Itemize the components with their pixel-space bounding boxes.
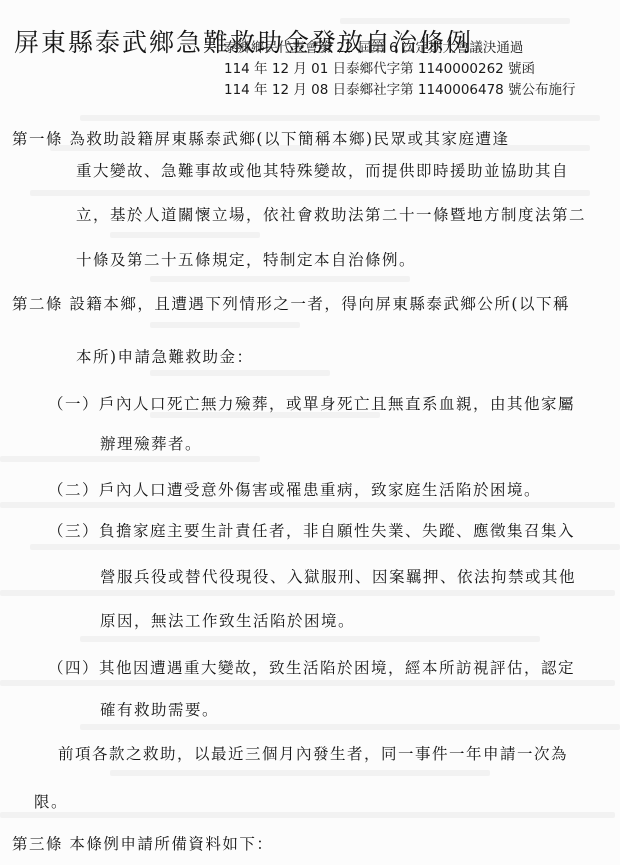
clause-1-line: （一）戶內人口死亡無力殮葬，或單身死亡且無直系血親，由其他家屬 <box>48 392 575 414</box>
bleed-through-mark <box>0 680 615 686</box>
article-1-text-line: 重大變故、急難事故或他其特殊變故，而提供即時援助並協助其自 <box>76 159 569 181</box>
article-1-heading-line: 第一條 為救助設籍屏東縣泰武鄉(以下簡稱本鄉)民眾或其家庭遭逢 <box>12 127 510 149</box>
article-2-note-continuation-line: 限。 <box>34 790 68 812</box>
clause-4-line: （四）其他因遭遇重大變故，致生活陷於困境，經本所訪視評估，認定 <box>48 656 575 678</box>
article-2-heading-line: 第二條 設籍本鄉，且遭遇下列情形之一者，得向屏東縣泰武鄉公所(以下稱 <box>12 292 570 314</box>
bleed-through-mark <box>0 590 615 596</box>
clause-2-line: （二）戶內人口遭受意外傷害或罹患重病，致家庭生活陷於困境。 <box>48 478 541 500</box>
clause-3-continuation-line: 原因，無法工作致生活陷於困境。 <box>100 609 355 631</box>
clause-4-continuation-line: 確有救助需要。 <box>100 698 219 720</box>
bleed-through-mark <box>150 276 410 282</box>
bleed-through-mark <box>110 232 260 238</box>
bleed-through-mark <box>150 370 330 376</box>
article-2-note-line: 前項各款之救助，以最近三個月內發生者，同一事件一年申請一次為 <box>58 742 568 764</box>
bleed-through-mark <box>150 322 300 328</box>
document-page: 屏東縣泰武鄉急難救助金發放自治條例 泰鄉鄉民代表會第 22 屆第 6 次定期大會… <box>0 0 620 865</box>
bleed-through-mark <box>0 502 615 508</box>
bleed-through-mark <box>30 544 620 550</box>
council-resolution-line: 泰鄉鄉民代表會第 22 屆第 6 次定期大會議決通過 <box>224 38 576 59</box>
article-1-text-line: 十條及第二十五條規定，特制定本自治條例。 <box>76 248 416 270</box>
bleed-through-mark <box>30 190 590 196</box>
clause-3-line: （三）負擔家庭主要生計責任者，非自願性失業、失蹤、應徵集召集入 <box>48 519 575 541</box>
article-2-text-line: 本所)申請急難救助金： <box>76 345 254 367</box>
bleed-through-mark <box>0 456 260 462</box>
bleed-through-mark <box>80 636 540 642</box>
bleed-through-mark <box>80 115 600 121</box>
bleed-through-mark <box>110 770 490 776</box>
article-3-heading-line: 第三條 本條例申請所備資料如下： <box>12 832 273 854</box>
bleed-through-mark <box>80 724 620 730</box>
bleed-through-mark <box>0 812 615 818</box>
council-letter-line: 114 年 12 月 01 日泰鄉代字第 1140000262 號函 <box>224 59 576 80</box>
clause-1-continuation-line: 辦理殮葬者。 <box>100 432 202 454</box>
document-metadata: 泰鄉鄉民代表會第 22 屆第 6 次定期大會議決通過 114 年 12 月 01… <box>224 38 576 101</box>
promulgation-line: 114 年 12 月 08 日泰鄉社字第 1140006478 號公布施行 <box>224 80 576 101</box>
clause-3-continuation-line: 營服兵役或替代役現役、入獄服刑、因案羈押、依法拘禁或其他 <box>100 565 576 587</box>
article-1-text-line: 立，基於人道關懷立場，依社會救助法第二十一條暨地方制度法第二 <box>76 203 586 225</box>
